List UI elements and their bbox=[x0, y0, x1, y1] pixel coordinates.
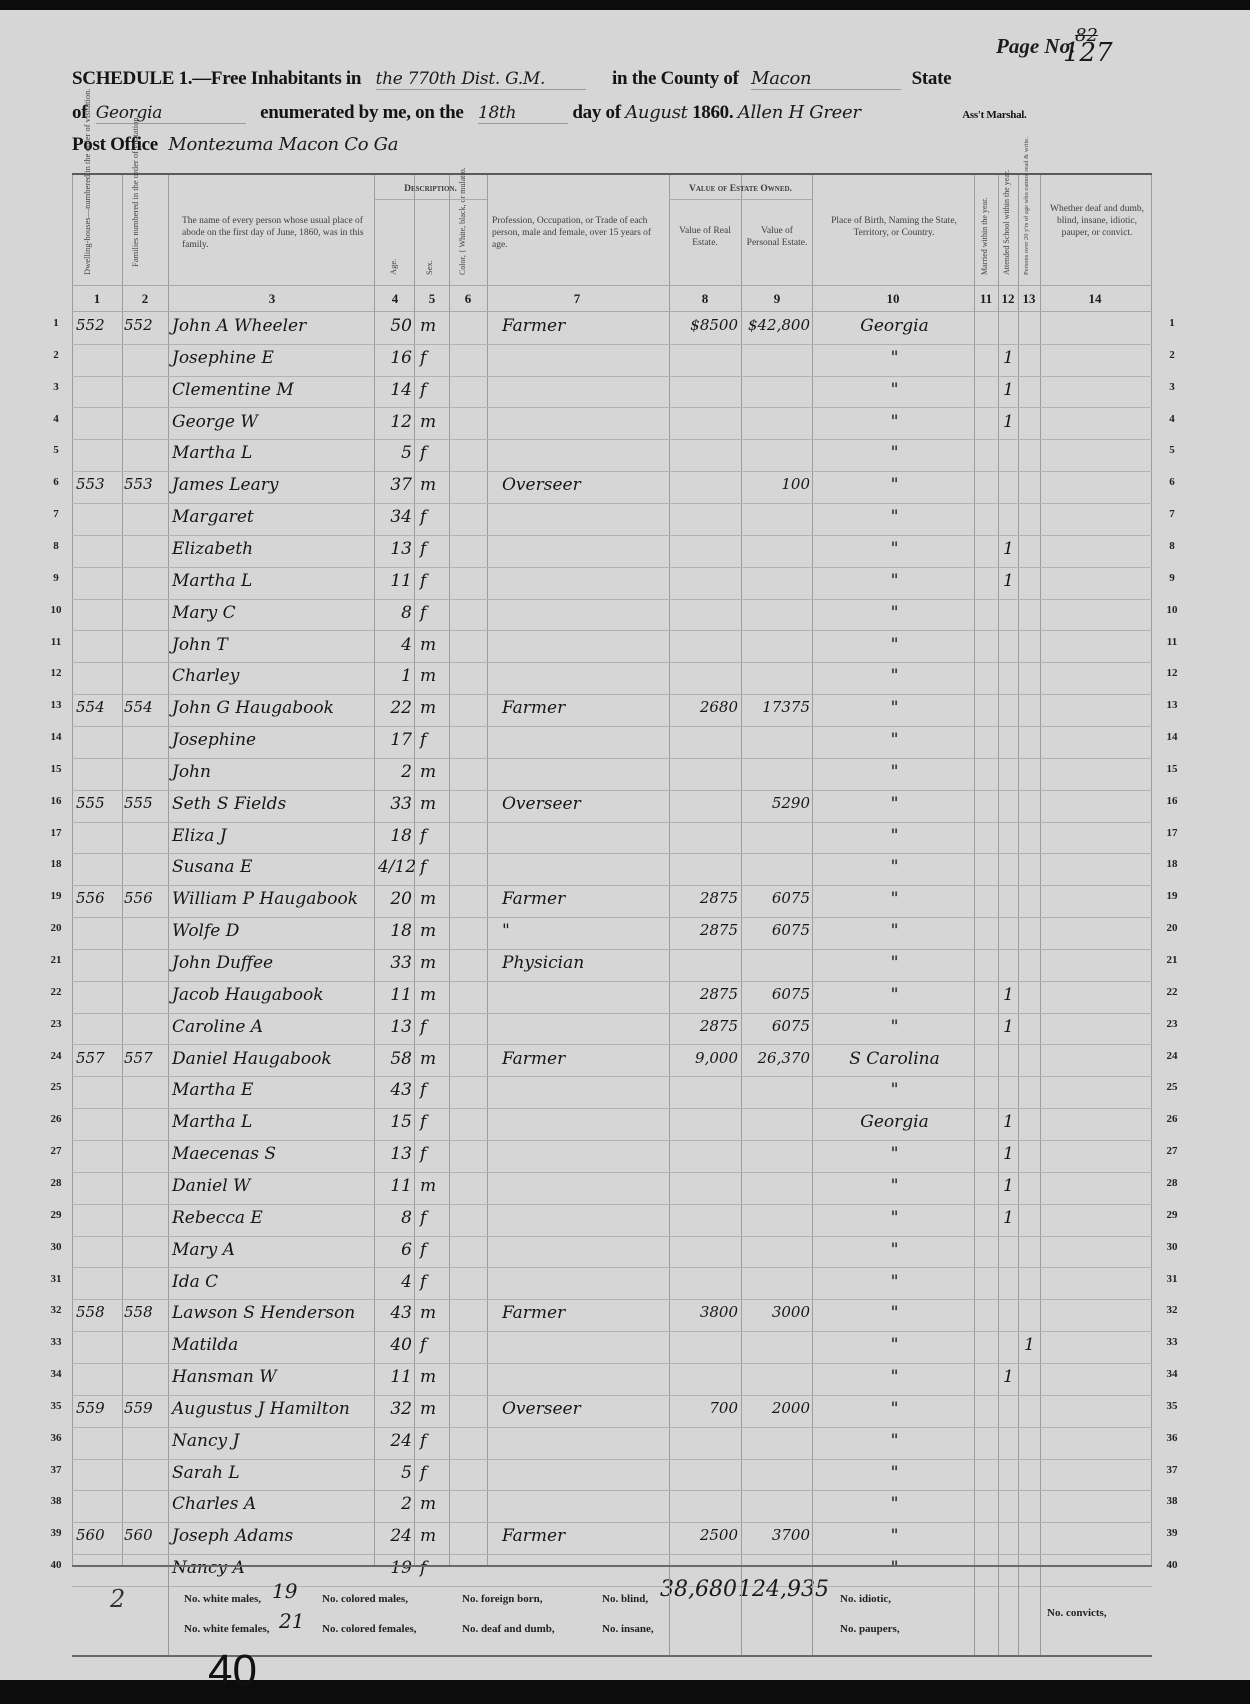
col4-header: Age. bbox=[388, 259, 398, 275]
age: 20 bbox=[378, 889, 412, 909]
line-number-left: 34 bbox=[46, 1368, 66, 1380]
age: 37 bbox=[378, 475, 412, 495]
age: 4 bbox=[378, 635, 412, 655]
line-number-left: 1 bbox=[46, 317, 66, 329]
attended-school: 1 bbox=[1003, 412, 1014, 432]
family-number: 558 bbox=[124, 1303, 153, 1321]
state-label: State bbox=[912, 68, 952, 89]
district-value: the 770th Dist. G.M. bbox=[376, 69, 586, 90]
family-number: 554 bbox=[124, 698, 153, 716]
sex: f bbox=[420, 1017, 426, 1037]
table-row: 19556556William P Haugabook20mFarmer2875… bbox=[72, 885, 1152, 918]
table-row: 31Ida C4f"31 bbox=[72, 1268, 1152, 1301]
person-name: Eliza J bbox=[172, 826, 227, 846]
table-row: 7Margaret34f"7 bbox=[72, 503, 1152, 536]
sex: f bbox=[420, 1431, 426, 1451]
person-name: Maecenas S bbox=[172, 1144, 276, 1164]
person-name: John G Haugabook bbox=[172, 698, 334, 718]
line-number-left: 36 bbox=[46, 1432, 66, 1444]
dwelling-number: 554 bbox=[76, 698, 105, 716]
line-number-left: 11 bbox=[46, 636, 66, 648]
table-row: 26Martha L15fGeorgia126 bbox=[72, 1108, 1152, 1141]
personal-estate-value: 6075 bbox=[742, 1017, 810, 1035]
line-number-right: 38 bbox=[1162, 1495, 1182, 1507]
line-number-right: 31 bbox=[1162, 1273, 1182, 1285]
attended-school: 1 bbox=[1003, 1208, 1014, 1228]
colnum-4: 4 bbox=[380, 291, 410, 307]
sex: f bbox=[420, 1112, 426, 1132]
sex: m bbox=[420, 1399, 436, 1419]
age: 6 bbox=[378, 1240, 412, 1260]
person-name: Martha E bbox=[172, 1080, 253, 1100]
age: 17 bbox=[378, 730, 412, 750]
colnum-13: 13 bbox=[1014, 291, 1044, 307]
person-name: George W bbox=[172, 412, 258, 432]
personal-estate-value: 5290 bbox=[742, 794, 810, 812]
line-number-left: 27 bbox=[46, 1145, 66, 1157]
census-page: Page No. 82 127 SCHEDULE 1.—Free Inhabit… bbox=[0, 10, 1250, 1680]
age: 15 bbox=[378, 1112, 412, 1132]
occupation: Farmer bbox=[502, 889, 565, 909]
white-males-value: 19 bbox=[272, 1579, 297, 1603]
month-value: August bbox=[625, 102, 687, 123]
age: 11 bbox=[378, 985, 412, 1005]
birthplace: " bbox=[822, 1335, 967, 1355]
table-row: 23Caroline A13f28756075"123 bbox=[72, 1013, 1152, 1046]
personal-estate-value: 3700 bbox=[742, 1526, 810, 1544]
line-number-left: 39 bbox=[46, 1527, 66, 1539]
real-estate-value: 700 bbox=[672, 1399, 738, 1417]
sex: f bbox=[420, 539, 426, 559]
line-number-left: 7 bbox=[46, 508, 66, 520]
real-estate-value: 2875 bbox=[672, 889, 738, 907]
personal-estate-value: $42,800 bbox=[742, 316, 810, 334]
family-number: 557 bbox=[124, 1049, 153, 1067]
person-name: Elizabeth bbox=[172, 539, 253, 559]
person-name: Mary C bbox=[172, 603, 236, 623]
personal-estate-value: 100 bbox=[742, 475, 810, 493]
colnum-7: 7 bbox=[562, 291, 592, 307]
family-number: 555 bbox=[124, 794, 153, 812]
line-number-left: 15 bbox=[46, 763, 66, 775]
attended-school: 1 bbox=[1003, 1176, 1014, 1196]
line-number-right: 19 bbox=[1162, 890, 1182, 902]
real-estate-value: 2875 bbox=[672, 1017, 738, 1035]
age: 2 bbox=[378, 762, 412, 782]
col6-header: Color, { White, black, or mulatto. bbox=[458, 167, 468, 275]
family-number: 553 bbox=[124, 475, 153, 493]
line-number-right: 16 bbox=[1162, 795, 1182, 807]
line-number-right: 37 bbox=[1162, 1464, 1182, 1476]
line-number-left: 4 bbox=[46, 413, 66, 425]
line-number-right: 3 bbox=[1162, 381, 1182, 393]
col10-header: Place of Birth, Naming the State, Territ… bbox=[824, 215, 964, 239]
line-number-left: 40 bbox=[46, 1559, 66, 1571]
person-name: Martha L bbox=[172, 571, 252, 591]
age: 11 bbox=[378, 571, 412, 591]
sex: m bbox=[420, 762, 436, 782]
col7-header: Profession, Occupation, or Trade of each… bbox=[492, 215, 662, 251]
line-number-left: 31 bbox=[46, 1273, 66, 1285]
line-number-right: 13 bbox=[1162, 699, 1182, 711]
sex: m bbox=[420, 1367, 436, 1387]
col14-header: Whether deaf and dumb, blind, insane, id… bbox=[1047, 203, 1147, 239]
family-number: 560 bbox=[124, 1526, 153, 1544]
occupation: Farmer bbox=[502, 1049, 565, 1069]
sex: f bbox=[420, 826, 426, 846]
table-row: 30Mary A6f"30 bbox=[72, 1236, 1152, 1269]
line-number-right: 33 bbox=[1162, 1336, 1182, 1348]
dwelling-number: 555 bbox=[76, 794, 105, 812]
real-estate-value: 2875 bbox=[672, 985, 738, 1003]
age: 24 bbox=[378, 1431, 412, 1451]
white-females-label: No. white females, bbox=[184, 1623, 270, 1635]
occupation: Physician bbox=[502, 953, 584, 973]
table-row: 6553553James Leary37mOverseer100"6 bbox=[72, 471, 1152, 504]
person-name: Hansman W bbox=[172, 1367, 277, 1387]
birthplace: " bbox=[822, 571, 967, 591]
line-number-right: 40 bbox=[1162, 1559, 1182, 1571]
line-number-left: 14 bbox=[46, 731, 66, 743]
age: 2 bbox=[378, 1494, 412, 1514]
blind-label: No. blind, bbox=[602, 1593, 648, 1605]
sex: m bbox=[420, 1494, 436, 1514]
table-row: 24557557Daniel Haugabook58mFarmer9,00026… bbox=[72, 1045, 1152, 1078]
age: 32 bbox=[378, 1399, 412, 1419]
table-row: 3Clementine M14f"13 bbox=[72, 376, 1152, 409]
sex: m bbox=[420, 1049, 436, 1069]
line-number-right: 4 bbox=[1162, 413, 1182, 425]
sex: f bbox=[420, 348, 426, 368]
occupation: Farmer bbox=[502, 698, 565, 718]
family-number: 556 bbox=[124, 889, 153, 907]
colnum-1: 1 bbox=[82, 291, 112, 307]
sex: m bbox=[420, 1303, 436, 1323]
summary-section: 2 No. white males, 19 No. white females,… bbox=[72, 1565, 1152, 1657]
person-name: James Leary bbox=[172, 475, 278, 495]
personal-estate-value: 6075 bbox=[742, 889, 810, 907]
birthplace: " bbox=[822, 730, 967, 750]
col3-header: The name of every person whose usual pla… bbox=[182, 215, 367, 251]
sex: m bbox=[420, 475, 436, 495]
col5-header: Sex. bbox=[424, 260, 434, 275]
personal-estate-value: 3000 bbox=[742, 1303, 810, 1321]
person-name: John T bbox=[172, 635, 228, 655]
real-estate-value: 2680 bbox=[672, 698, 738, 716]
table-row: 35559559Augustus J Hamilton32mOverseer70… bbox=[72, 1395, 1152, 1428]
colnum-10: 10 bbox=[878, 291, 908, 307]
occupation: Overseer bbox=[502, 1399, 581, 1419]
colored-females-label: No. colored females, bbox=[322, 1623, 417, 1635]
sex: m bbox=[420, 889, 436, 909]
table-row: 13554554John G Haugabook22mFarmer2680173… bbox=[72, 694, 1152, 727]
line-number-left: 10 bbox=[46, 604, 66, 616]
dwelling-number: 556 bbox=[76, 889, 105, 907]
attended-school: 1 bbox=[1003, 1112, 1014, 1132]
white-females-value: 21 bbox=[279, 1609, 304, 1633]
sex: f bbox=[420, 443, 426, 463]
line-number-right: 21 bbox=[1162, 954, 1182, 966]
person-name: Josephine E bbox=[172, 348, 274, 368]
sex: f bbox=[420, 1272, 426, 1292]
table-row: 9Martha L11f"19 bbox=[72, 567, 1152, 600]
attended-school: 1 bbox=[1003, 571, 1014, 591]
marshal-label: Ass't Marshal. bbox=[962, 109, 1026, 121]
attended-school: 1 bbox=[1003, 985, 1014, 1005]
line-number-left: 17 bbox=[46, 827, 66, 839]
age: 34 bbox=[378, 507, 412, 527]
dwelling-number: 558 bbox=[76, 1303, 105, 1321]
age: 5 bbox=[378, 443, 412, 463]
insane-label: No. insane, bbox=[602, 1623, 654, 1635]
table-row: 4George W12m"14 bbox=[72, 408, 1152, 441]
birthplace: " bbox=[822, 1080, 967, 1100]
line-number-right: 30 bbox=[1162, 1241, 1182, 1253]
birthplace: " bbox=[822, 794, 967, 814]
schedule-title: SCHEDULE 1.—Free Inhabitants in bbox=[72, 68, 361, 89]
sex: f bbox=[420, 507, 426, 527]
real-estate-value: 9,000 bbox=[672, 1049, 738, 1067]
birthplace: " bbox=[822, 475, 967, 495]
person-name: Daniel W bbox=[172, 1176, 251, 1196]
sex: f bbox=[420, 571, 426, 591]
person-name: Jacob Haugabook bbox=[172, 985, 324, 1005]
line-number-left: 35 bbox=[46, 1400, 66, 1412]
sex: f bbox=[420, 1208, 426, 1228]
line-number-left: 13 bbox=[46, 699, 66, 711]
person-name: Ida C bbox=[172, 1272, 218, 1292]
line-number-right: 24 bbox=[1162, 1050, 1182, 1062]
table-row: 11John T4m"11 bbox=[72, 631, 1152, 664]
age: 8 bbox=[378, 603, 412, 623]
line-number-right: 29 bbox=[1162, 1209, 1182, 1221]
age: 5 bbox=[378, 1463, 412, 1483]
table-row: 5Martha L5f"5 bbox=[72, 439, 1152, 472]
line-number-left: 9 bbox=[46, 572, 66, 584]
age: 14 bbox=[378, 380, 412, 400]
sex: f bbox=[420, 1463, 426, 1483]
birthplace: " bbox=[822, 348, 967, 368]
sex: m bbox=[420, 698, 436, 718]
line-number-left: 22 bbox=[46, 986, 66, 998]
age: 4/12 bbox=[378, 857, 412, 877]
line-number-left: 25 bbox=[46, 1081, 66, 1093]
sex: f bbox=[420, 1335, 426, 1355]
page-number: 82 127 bbox=[1075, 24, 1098, 54]
birthplace: " bbox=[822, 1463, 967, 1483]
birthplace: Georgia bbox=[822, 316, 967, 336]
birthplace: " bbox=[822, 1144, 967, 1164]
idiotic-label: No. idiotic, bbox=[840, 1593, 891, 1605]
person-name: Charley bbox=[172, 666, 239, 686]
colnum-14: 14 bbox=[1080, 291, 1110, 307]
birthplace: " bbox=[822, 1240, 967, 1260]
line-number-left: 18 bbox=[46, 858, 66, 870]
table-row: 16555555Seth S Fields33mOverseer5290"16 bbox=[72, 790, 1152, 823]
table-row: 33Matilda40f"133 bbox=[72, 1331, 1152, 1364]
age: 50 bbox=[378, 316, 412, 336]
sex: f bbox=[420, 1144, 426, 1164]
family-number: 552 bbox=[124, 316, 153, 334]
family-number: 559 bbox=[124, 1399, 153, 1417]
personal-estate-value: 6075 bbox=[742, 985, 810, 1003]
line-number-right: 34 bbox=[1162, 1368, 1182, 1380]
total-personal-estate: 124,935 bbox=[738, 1577, 829, 1602]
sex: f bbox=[420, 380, 426, 400]
birthplace: " bbox=[822, 826, 967, 846]
convicts-label: No. convicts, bbox=[1047, 1607, 1107, 1619]
deaf-dumb-label: No. deaf and dumb, bbox=[462, 1623, 555, 1635]
real-estate-value: 2500 bbox=[672, 1526, 738, 1544]
occupation: Overseer bbox=[502, 794, 581, 814]
paupers-label: No. paupers, bbox=[840, 1623, 900, 1635]
birthplace: " bbox=[822, 1017, 967, 1037]
personal-estate-value: 17375 bbox=[742, 698, 810, 716]
sex: f bbox=[420, 1080, 426, 1100]
dwelling-number: 552 bbox=[76, 316, 105, 334]
line-number-left: 21 bbox=[46, 954, 66, 966]
table-row: 32558558Lawson S Henderson43mFarmer38003… bbox=[72, 1299, 1152, 1332]
line-number-right: 35 bbox=[1162, 1400, 1182, 1412]
attended-school: 1 bbox=[1003, 1017, 1014, 1037]
line-number-right: 36 bbox=[1162, 1432, 1182, 1444]
table-row: 38Charles A2m"38 bbox=[72, 1490, 1152, 1523]
col2-header: Families numbered in the order of visita… bbox=[130, 115, 140, 267]
line-number-left: 6 bbox=[46, 476, 66, 488]
birthplace: " bbox=[822, 539, 967, 559]
line-number-right: 12 bbox=[1162, 667, 1182, 679]
age: 43 bbox=[378, 1303, 412, 1323]
sex: f bbox=[420, 857, 426, 877]
colnum-3: 3 bbox=[257, 291, 287, 307]
line-number-left: 32 bbox=[46, 1304, 66, 1316]
personal-estate-value: 6075 bbox=[742, 921, 810, 939]
sex: m bbox=[420, 1176, 436, 1196]
table-row: 25Martha E43f"25 bbox=[72, 1076, 1152, 1109]
table-row: 22Jacob Haugabook11m28756075"122 bbox=[72, 981, 1152, 1014]
birthplace: " bbox=[822, 985, 967, 1005]
col11-header: Married within the year. bbox=[980, 198, 990, 275]
line-number-left: 30 bbox=[46, 1241, 66, 1253]
line-number-right: 20 bbox=[1162, 922, 1182, 934]
post-office-value: Montezuma Macon Co Ga bbox=[168, 134, 398, 155]
enumerated-label: enumerated by me, on the bbox=[260, 102, 463, 123]
birthplace: " bbox=[822, 698, 967, 718]
birthplace: " bbox=[822, 889, 967, 909]
age: 22 bbox=[378, 698, 412, 718]
personal-estate-value: 26,370 bbox=[742, 1049, 810, 1067]
colored-males-label: No. colored males, bbox=[322, 1593, 408, 1605]
sex: f bbox=[420, 1240, 426, 1260]
table-row: 8Elizabeth13f"18 bbox=[72, 535, 1152, 568]
person-name: Lawson S Henderson bbox=[172, 1303, 355, 1323]
age: 18 bbox=[378, 826, 412, 846]
birthplace: " bbox=[822, 1272, 967, 1292]
table-row: 14Josephine17f"14 bbox=[72, 726, 1152, 759]
age: 40 bbox=[378, 1335, 412, 1355]
line-number-right: 15 bbox=[1162, 763, 1182, 775]
attended-school: 1 bbox=[1003, 348, 1014, 368]
colnum-8: 8 bbox=[690, 291, 720, 307]
line-number-right: 7 bbox=[1162, 508, 1182, 520]
attended-school: 1 bbox=[1003, 1144, 1014, 1164]
person-name: Joseph Adams bbox=[172, 1526, 293, 1546]
table-row: 27Maecenas S13f"127 bbox=[72, 1140, 1152, 1173]
sex: m bbox=[420, 412, 436, 432]
person-name: Augustus J Hamilton bbox=[172, 1399, 350, 1419]
dwelling-number: 559 bbox=[76, 1399, 105, 1417]
line-number-right: 18 bbox=[1162, 858, 1182, 870]
line-number-left: 8 bbox=[46, 540, 66, 552]
line-number-right: 14 bbox=[1162, 731, 1182, 743]
line-number-left: 23 bbox=[46, 1018, 66, 1030]
person-name: Josephine bbox=[172, 730, 256, 750]
line-number-right: 9 bbox=[1162, 572, 1182, 584]
age: 13 bbox=[378, 1017, 412, 1037]
occupation: Farmer bbox=[502, 1526, 565, 1546]
line-number-left: 38 bbox=[46, 1495, 66, 1507]
person-name: Seth S Fields bbox=[172, 794, 286, 814]
age: 58 bbox=[378, 1049, 412, 1069]
birthplace: " bbox=[822, 1494, 967, 1514]
birthplace: " bbox=[822, 412, 967, 432]
line-number-left: 20 bbox=[46, 922, 66, 934]
age: 12 bbox=[378, 412, 412, 432]
age: 8 bbox=[378, 1208, 412, 1228]
sex: m bbox=[420, 921, 436, 941]
white-males-label: No. white males, bbox=[184, 1593, 261, 1605]
line-number-left: 19 bbox=[46, 890, 66, 902]
line-number-left: 5 bbox=[46, 444, 66, 456]
attended-school: 1 bbox=[1003, 380, 1014, 400]
birthplace: " bbox=[822, 857, 967, 877]
table-row: 10Mary C8f"10 bbox=[72, 599, 1152, 632]
estate-header: Value of Estate Owned. bbox=[669, 183, 812, 195]
table-row: 21John Duffee33mPhysician"21 bbox=[72, 949, 1152, 982]
person-name: Daniel Haugabook bbox=[172, 1049, 332, 1069]
line-number-left: 2 bbox=[46, 349, 66, 361]
birthplace: " bbox=[822, 921, 967, 941]
person-name: Clementine M bbox=[172, 380, 294, 400]
header-line-1: SCHEDULE 1.—Free Inhabitants in the 770t… bbox=[72, 68, 951, 90]
line-number-right: 22 bbox=[1162, 986, 1182, 998]
age: 24 bbox=[378, 1526, 412, 1546]
col8-header: Value of Real Estate. bbox=[672, 225, 738, 249]
birthplace: " bbox=[822, 1367, 967, 1387]
person-name: John bbox=[172, 762, 211, 782]
age: 1 bbox=[378, 666, 412, 686]
birthplace: " bbox=[822, 1399, 967, 1419]
person-name: Margaret bbox=[172, 507, 254, 527]
table-row: 36Nancy J24f"36 bbox=[72, 1427, 1152, 1460]
line-number-left: 12 bbox=[46, 667, 66, 679]
birthplace: " bbox=[822, 507, 967, 527]
real-estate-value: 2875 bbox=[672, 921, 738, 939]
dwelling-number: 557 bbox=[76, 1049, 105, 1067]
census-table: Dwelling-houses—numbered in the order of… bbox=[72, 173, 1152, 1567]
occupation: Farmer bbox=[502, 316, 565, 336]
sex: f bbox=[420, 603, 426, 623]
age: 18 bbox=[378, 921, 412, 941]
sex: m bbox=[420, 1526, 436, 1546]
sex: f bbox=[420, 730, 426, 750]
state-value: Georgia bbox=[96, 103, 246, 124]
line-number-right: 10 bbox=[1162, 604, 1182, 616]
marshal-name: Allen H Greer bbox=[738, 102, 938, 123]
birthplace: S Carolina bbox=[822, 1049, 967, 1069]
col13-header: Persons over 20 y'rs of age who cannot r… bbox=[1022, 137, 1032, 275]
table-row: 1552552John A Wheeler50mFarmer$8500$42,8… bbox=[72, 312, 1152, 345]
